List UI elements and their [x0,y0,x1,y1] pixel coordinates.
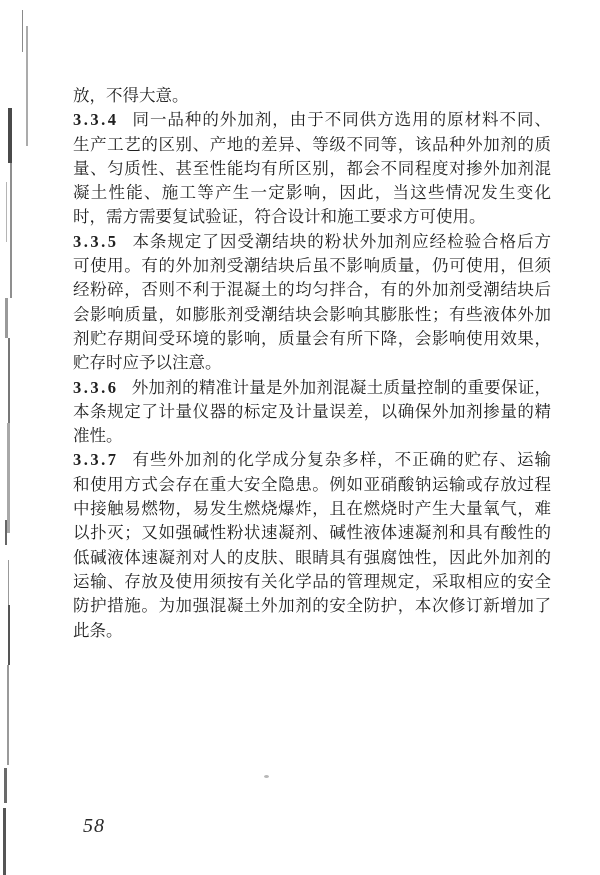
line-text: 以扑灭；又如强碱性粉状速凝剂、碱性液体速凝剂和具有酸性的 [73,523,551,542]
text-line: 生产工艺的区别、产地的差异、等级不同等，该品种外加剂的质 [73,133,551,157]
scan-edge-artifact [26,26,28,146]
text-line: 3.3.6外加剂的精准计量是外加剂混凝土质量控制的重要保证， [73,376,551,400]
line-text: 经粉碎，否则不利于混凝土的均匀拌合，有的外加剂受潮结块后 [73,280,551,299]
scan-edge-artifact [10,163,12,298]
text-line: 3.3.7有些外加剂的化学成分复杂多样，不正确的贮存、运输 [73,448,551,472]
page-number: 58 [83,815,105,838]
text-line: 凝土性能、施工等产生一定影响，因此，当这些情况发生变化 [73,181,551,205]
section-number: 3.3.6 [73,378,119,397]
text-line: 和使用方式会存在重大安全隐患。例如亚硝酸钠运输或存放过程 [73,473,551,497]
line-text: 贮存时应予以注意。 [73,353,222,372]
scan-edge-artifact [8,108,12,163]
text-line: 运输、存放及使用须按有关化学品的管理规定，采取相应的安全 [73,570,551,594]
text-line: 经粉碎，否则不利于混凝土的均匀拌合，有的外加剂受潮结块后 [73,278,551,302]
scan-edge-artifact [7,423,10,533]
scan-edge-artifact [8,605,10,665]
text-line: 时，需方需要复试验证，符合设计和施工要求方可使用。 [73,205,551,229]
line-text: 会影响质量，如膨胀剂受潮结块会影响其膨胀性；有些液体外加 [73,305,551,324]
scan-edge-artifact [8,338,10,423]
line-text: 生产工艺的区别、产地的差异、等级不同等，该品种外加剂的质 [73,135,551,154]
section-number: 3.3.7 [73,450,119,469]
scan-edge-artifact [22,10,23,52]
scan-speck [264,775,269,778]
section-number: 3.3.4 [73,110,119,129]
line-text: 低碱液体速凝剂对人的皮肤、眼睛具有强腐蚀性，因此外加剂的 [73,548,551,567]
line-text: 同一品种的外加剂，由于不同供方选用的原材料不同、 [132,110,552,129]
text-line: 中接触易燃物，易发生燃烧爆炸，且在燃烧时产生大量氧气，难 [73,497,551,521]
line-text: 运输、存放及使用须按有关化学品的管理规定，采取相应的安全 [73,572,551,591]
scan-edge-artifact [6,182,7,242]
text-line: 贮存时应予以注意。 [73,351,551,375]
text-line: 量、匀质性、甚至性能均有所区别，都会不同程度对掺外加剂混 [73,157,551,181]
line-text: 准性。 [73,426,123,445]
text-line: 放，不得大意。 [73,84,551,108]
line-text: 中接触易燃物，易发生燃烧爆炸，且在燃烧时产生大量氧气，难 [73,499,551,518]
text-line: 剂贮存期间受环境的影响，质量会有所下降，会影响使用效果， [73,327,551,351]
text-line: 此条。 [73,619,551,643]
text-line: 可使用。有的外加剂受潮结块后虽不影响质量，仍可使用，但须 [73,254,551,278]
line-text: 时，需方需要复试验证，符合设计和施工要求方可使用。 [73,207,486,226]
text-line: 防护措施。为加强混凝土外加剂的安全防护，本次修订新增加了 [73,594,551,618]
line-text: 可使用。有的外加剂受潮结块后虽不影响质量，仍可使用，但须 [73,256,551,275]
line-text: 有些外加剂的化学成分复杂多样，不正确的贮存、运输 [132,450,552,469]
scan-edge-artifact [5,520,7,545]
scan-edge-artifact [5,298,8,338]
scan-edge-artifact [7,665,9,765]
line-text: 凝土性能、施工等产生一定影响，因此，当这些情况发生变化 [73,183,551,202]
line-text: 量、匀质性、甚至性能均有所区别，都会不同程度对掺外加剂混 [73,159,551,178]
scan-edge-artifact [4,768,7,803]
section-number: 3.3.5 [73,232,119,251]
line-text: 本条规定了计量仪器的标定及计量误差，以确保外加剂掺量的精 [73,402,551,421]
text-line: 准性。 [73,424,551,448]
scan-edge-artifact [8,560,9,605]
text-line: 3.3.5本条规定了因受潮结块的粉状外加剂应经检验合格后方 [73,230,551,254]
text-line: 3.3.4同一品种的外加剂，由于不同供方选用的原材料不同、 [73,108,551,132]
text-line: 本条规定了计量仪器的标定及计量误差，以确保外加剂掺量的精 [73,400,551,424]
line-text: 本条规定了因受潮结块的粉状外加剂应经检验合格后方 [132,232,552,251]
line-text: 和使用方式会存在重大安全隐患。例如亚硝酸钠运输或存放过程 [73,475,551,494]
line-text: 防护措施。为加强混凝土外加剂的安全防护，本次修订新增加了 [73,596,551,615]
line-text: 外加剂的精准计量是外加剂混凝土质量控制的重要保证， [132,378,552,397]
text-line: 以扑灭；又如强碱性粉状速凝剂、碱性液体速凝剂和具有酸性的 [73,521,551,545]
line-text: 放，不得大意。 [73,86,189,105]
text-line: 会影响质量，如膨胀剂受潮结块会影响其膨胀性；有些液体外加 [73,303,551,327]
line-text: 此条。 [73,621,123,640]
scanned-document-page: 放，不得大意。3.3.4同一品种的外加剂，由于不同供方选用的原材料不同、生产工艺… [0,0,600,875]
document-body-text: 放，不得大意。3.3.4同一品种的外加剂，由于不同供方选用的原材料不同、生产工艺… [73,84,551,643]
line-text: 剂贮存期间受环境的影响，质量会有所下降，会影响使用效果， [73,329,551,348]
scan-edge-artifact [3,808,6,875]
text-line: 低碱液体速凝剂对人的皮肤、眼睛具有强腐蚀性，因此外加剂的 [73,546,551,570]
